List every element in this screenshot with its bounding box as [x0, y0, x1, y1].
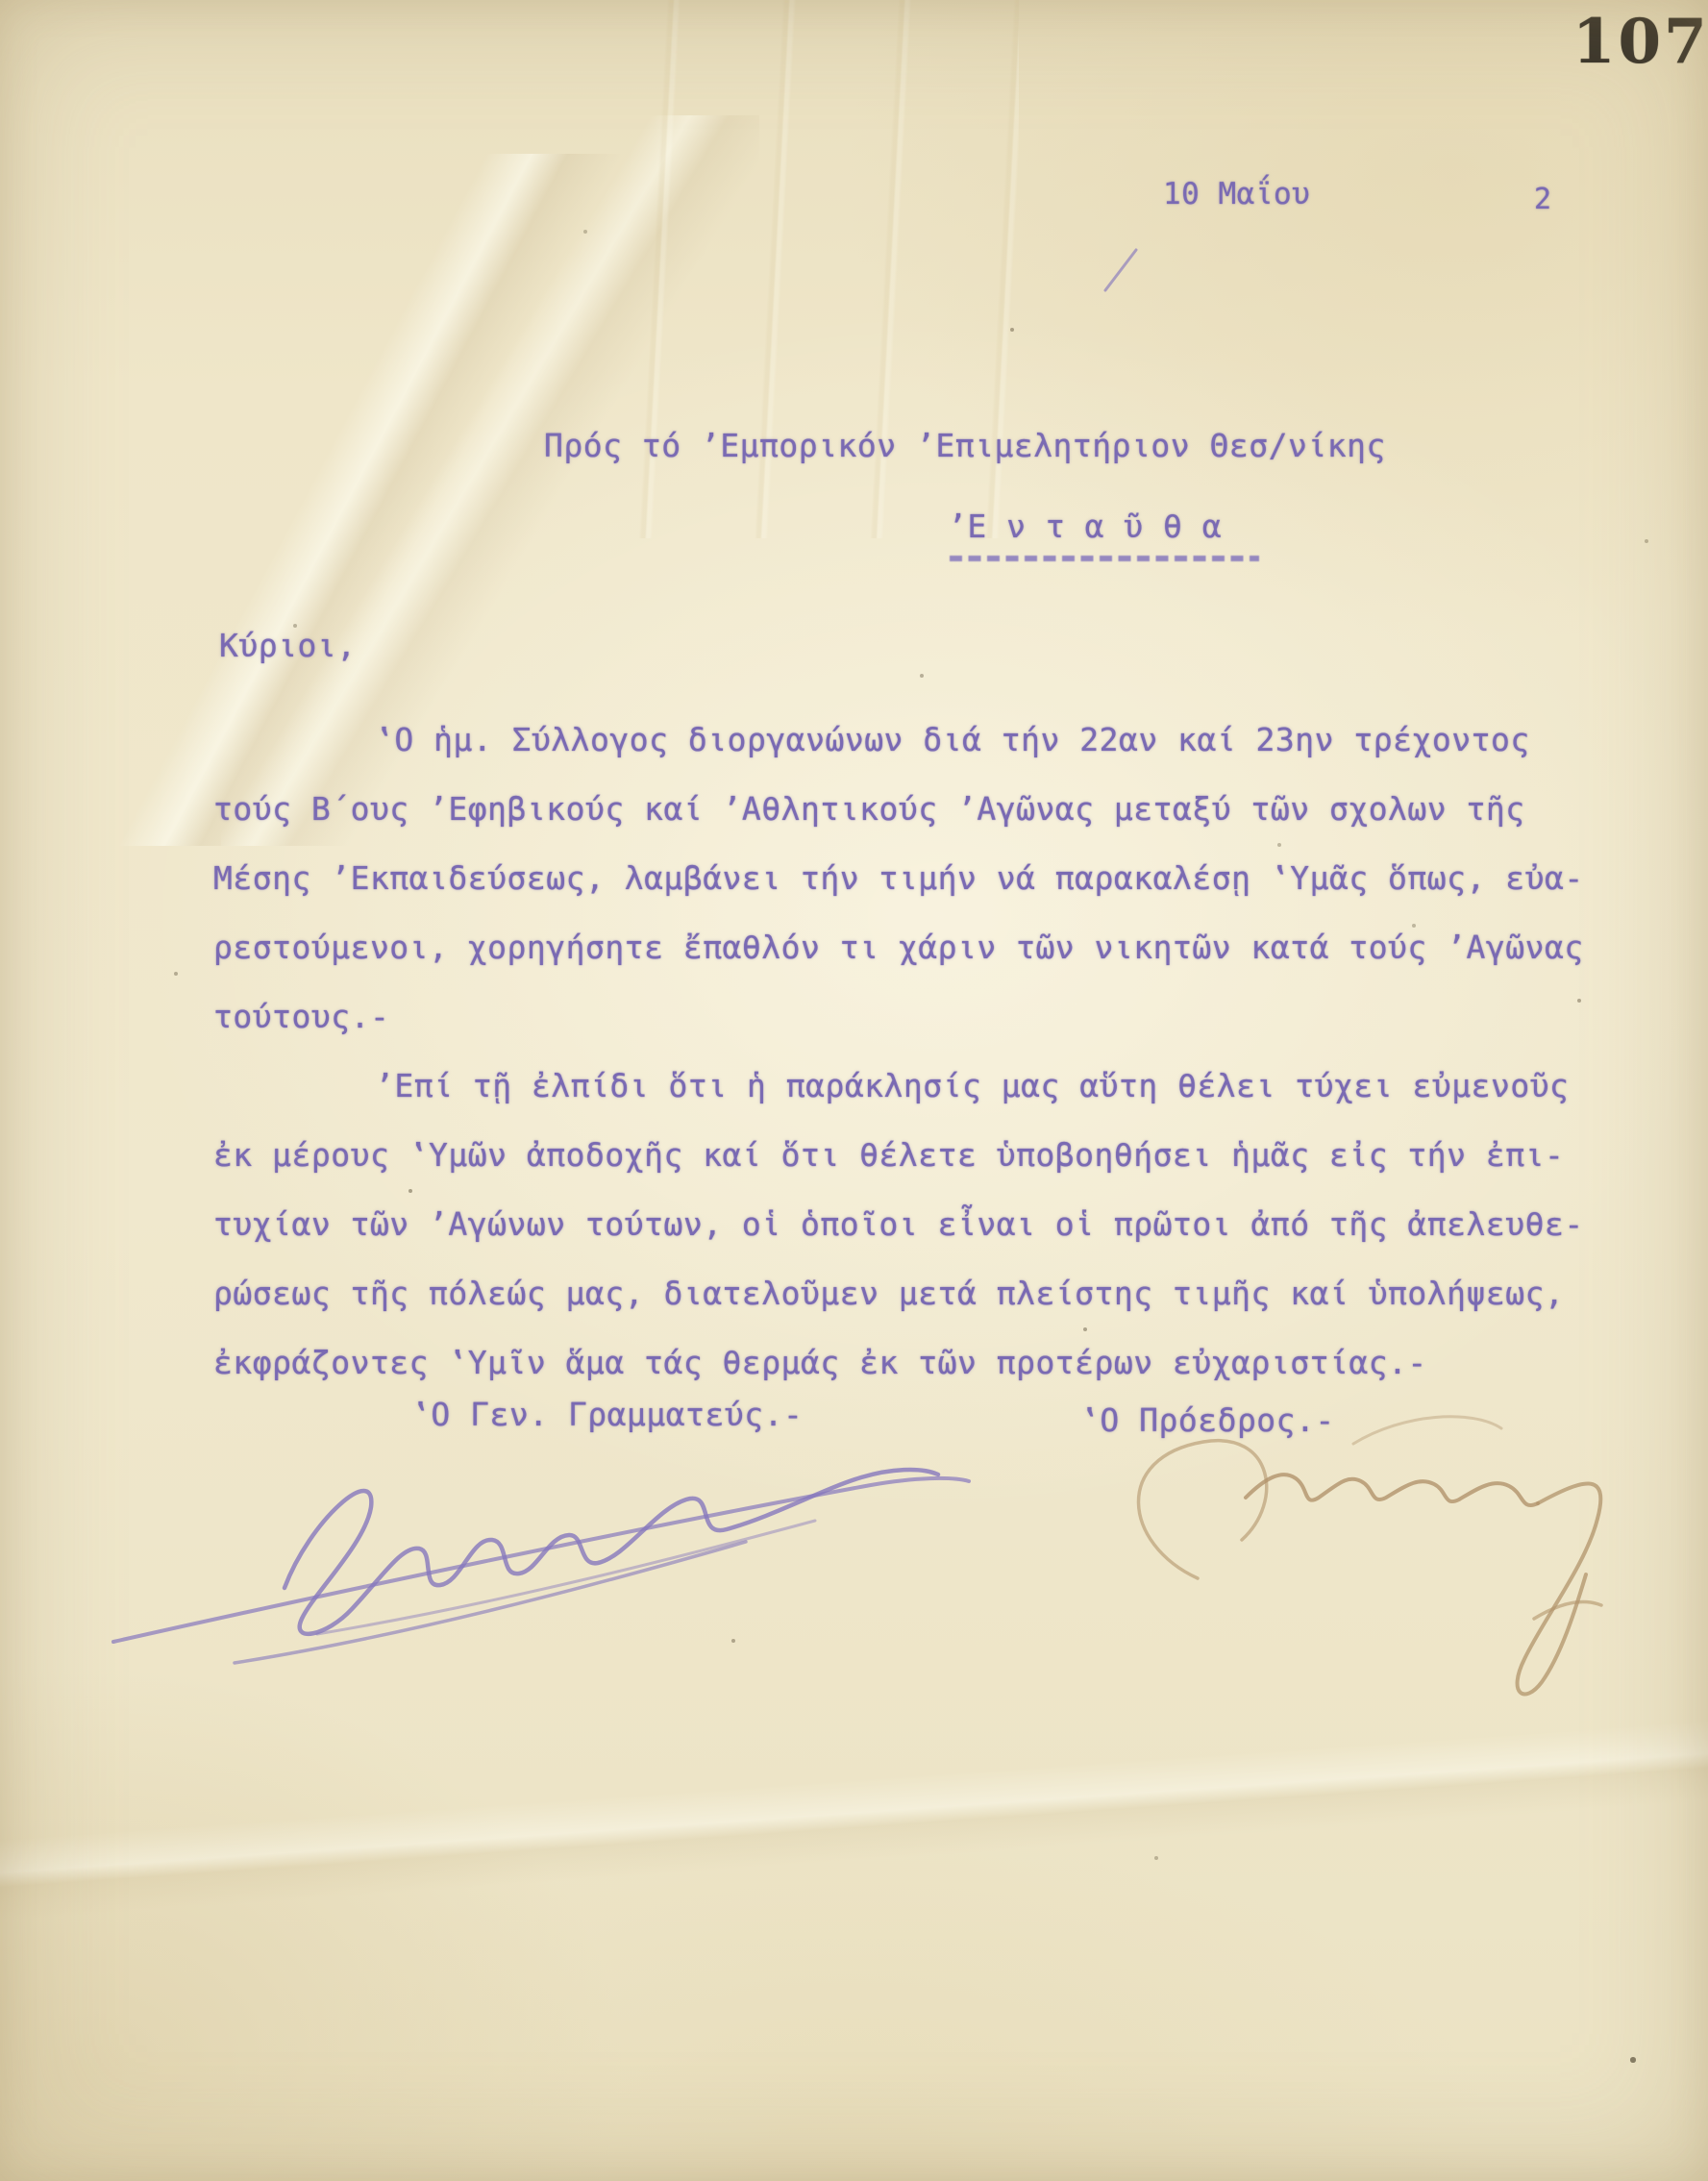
- president-title: ‛Ο Πρόεδρος.-: [1080, 1401, 1335, 1439]
- body-line: τούς Β΄ους ’Εφηβικούς καί ’Αθλητικούς ’Α…: [213, 775, 1617, 844]
- paper-crease: [0, 1692, 1708, 1942]
- body-line: ρεστούμενοι, χορηγήσητε ἔπαθλόν τι χάριν…: [213, 913, 1617, 982]
- body-line: τούτους.-: [213, 982, 1617, 1052]
- letter-body: ‛Ο ἡμ. Σύλλογος διοργανώνων διά τήν 22αν…: [213, 706, 1617, 1398]
- paper-specks: [0, 0, 2, 2]
- body-line: Μέσης ’Εκπαιδεύσεως, λαμβάνει τήν τιμήν …: [213, 844, 1617, 913]
- secretary-signature: [113, 1470, 969, 1663]
- recipient-place: ’Ε ν τ α ῦ θ α: [948, 508, 1222, 545]
- salutation: Κύριοι,: [219, 627, 357, 664]
- body-line: ’Επί τῇ ἐλπίδι ὅτι ἡ παράκλησίς μας αὕτη…: [213, 1052, 1617, 1121]
- president-signature: [1138, 1417, 1601, 1695]
- body-line: τυχίαν τῶν ’Αγώνων τούτων, οἱ ὁποῖοι εἶν…: [213, 1190, 1617, 1259]
- body-line: ἐκφράζοντες ‛Υμῖν ἅμα τάς θερμάς ἐκ τῶν …: [213, 1328, 1617, 1398]
- recipient-line: Πρός τό ’Εμπορικόν ’Επιμελητήριον Θεσ/νί…: [544, 427, 1386, 464]
- body-line: ‛Ο ἡμ. Σύλλογος διοργανώνων διά τήν 22αν…: [213, 706, 1617, 775]
- typed-page-number: 2: [1534, 183, 1552, 216]
- dashed-underline: [950, 556, 1259, 561]
- archive-page-number: 107: [1572, 6, 1708, 78]
- pen-slash-mark: [1105, 250, 1136, 290]
- date-line: 10 Μαΐου: [1163, 177, 1310, 211]
- body-line: ρώσεως τῆς πόλεώς μας, διατελοῦμεν μετά …: [213, 1259, 1617, 1328]
- secretary-title: ‛Ο Γεν. Γραμματεύς.-: [411, 1396, 803, 1433]
- body-line: ἐκ μέρους ‛Υμῶν ἀποδοχῆς καί ὅτι θέλετε …: [213, 1121, 1617, 1190]
- letter-scan-page: 107 10 Μαΐου 2 Πρός τό ’Εμπορικόν ’Επιμε…: [0, 0, 1708, 2181]
